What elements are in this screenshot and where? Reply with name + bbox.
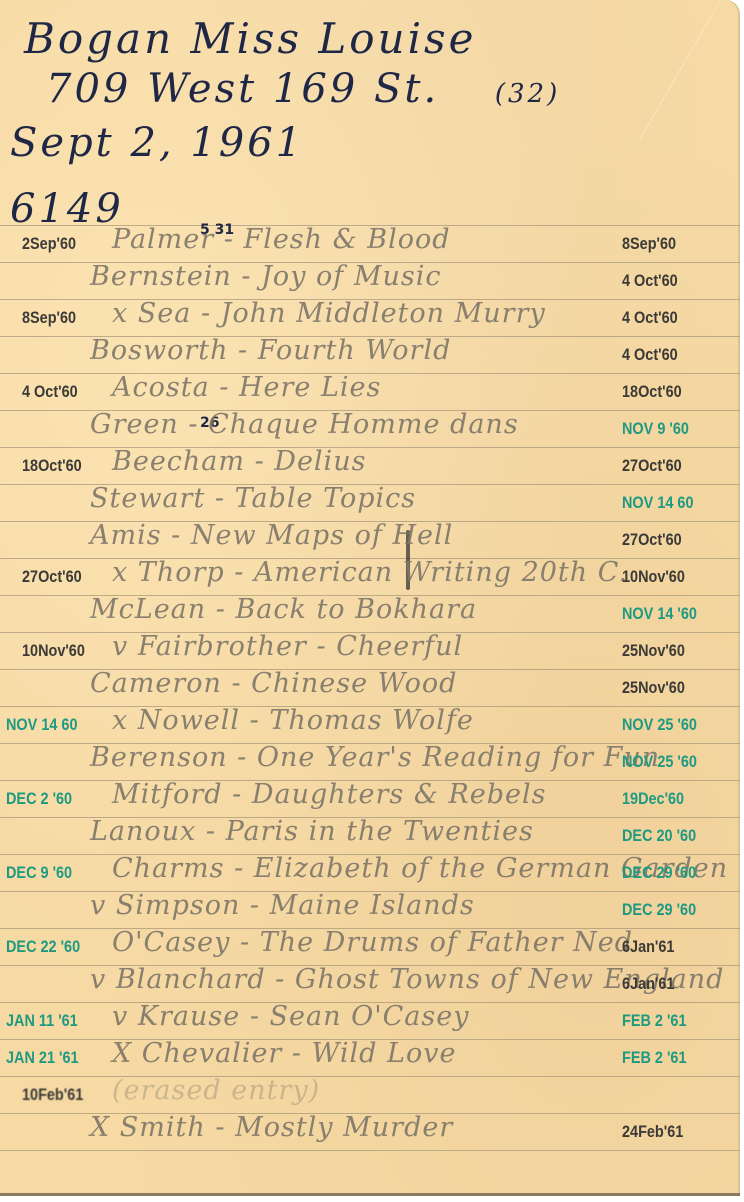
book-entry: Acosta - Here Lies bbox=[112, 372, 381, 403]
ruled-line bbox=[0, 447, 740, 448]
card-date: Sept 2, 1961 bbox=[10, 120, 304, 166]
book-entry: Beecham - Delius bbox=[112, 446, 366, 477]
book-entry: v Simpson - Maine Islands bbox=[90, 890, 475, 921]
postal-zone: (32) bbox=[495, 79, 560, 109]
date-out-stamp: 2Sep'60 bbox=[22, 234, 76, 254]
book-entry: Palmer - Flesh & Blood bbox=[112, 224, 451, 255]
date-due-stamp: 10Nov'60 bbox=[622, 567, 685, 587]
date-due-stamp: 4 Oct'60 bbox=[622, 308, 678, 328]
book-entry: O'Casey - The Drums of Father Ned bbox=[112, 927, 633, 958]
date-due-stamp: NOV 25 '60 bbox=[622, 752, 697, 772]
book-entry: McLean - Back to Bokhara bbox=[90, 594, 477, 625]
date-out-stamp: DEC 22 '60 bbox=[6, 937, 80, 957]
date-out-stamp: 18Oct'60 bbox=[22, 456, 82, 476]
patron-address: 709 West 169 St. (32) bbox=[46, 66, 560, 112]
date-out-stamp: 27Oct'60 bbox=[22, 567, 82, 587]
library-card: Bogan Miss Louise 709 West 169 St. (32) … bbox=[0, 0, 740, 1196]
date-out-stamp: DEC 9 '60 bbox=[6, 863, 72, 883]
book-entry: x Sea - John Middleton Murry bbox=[112, 298, 546, 329]
book-entry: (erased entry) bbox=[112, 1075, 320, 1106]
date-due-stamp: 4 Oct'60 bbox=[622, 271, 678, 291]
book-entry: Berenson - One Year's Reading for Fun bbox=[90, 742, 660, 773]
date-due-stamp: 18Oct'60 bbox=[622, 382, 682, 402]
book-entry: x Thorp - American Writing 20th C. bbox=[112, 557, 628, 588]
book-entry: v Krause - Sean O'Casey bbox=[112, 1001, 469, 1032]
book-entry: Bosworth - Fourth World bbox=[90, 335, 451, 366]
book-entry: X Smith - Mostly Murder bbox=[90, 1112, 453, 1143]
date-due-stamp: DEC 20 '60 bbox=[622, 826, 696, 846]
date-due-stamp: 25Nov'60 bbox=[622, 678, 685, 698]
book-entry: Lanoux - Paris in the Twenties bbox=[90, 816, 534, 847]
date-due-stamp: NOV 14 '60 bbox=[622, 604, 697, 624]
date-due-stamp: 27Oct'60 bbox=[622, 456, 682, 476]
date-out-stamp: 10Nov'60 bbox=[22, 641, 85, 661]
book-entry: Stewart - Table Topics bbox=[90, 483, 416, 514]
date-due-stamp: 19Dec'60 bbox=[622, 789, 684, 809]
date-out-stamp: DEC 2 '60 bbox=[6, 789, 72, 809]
date-out-stamp: 4 Oct'60 bbox=[22, 382, 78, 402]
date-due-stamp: 8Sep'60 bbox=[622, 234, 676, 254]
date-due-stamp: FEB 2 '61 bbox=[622, 1048, 686, 1068]
book-entry: Bernstein - Joy of Music bbox=[90, 261, 442, 292]
date-due-stamp: NOV 14 60 bbox=[622, 493, 693, 513]
book-entry: x Nowell - Thomas Wolfe bbox=[112, 705, 474, 736]
date-due-stamp: NOV 9 '60 bbox=[622, 419, 689, 439]
book-entry: X Chevalier - Wild Love bbox=[112, 1038, 456, 1069]
date-due-stamp: 24Feb'61 bbox=[622, 1122, 683, 1142]
address-text: 709 West 169 St. bbox=[46, 66, 439, 112]
date-out-stamp: 10Feb'61 bbox=[22, 1085, 83, 1105]
card-number: 6149 bbox=[10, 186, 124, 232]
date-due-stamp: 6Jan'61 bbox=[622, 937, 674, 957]
date-out-stamp: JAN 11 '61 bbox=[6, 1011, 78, 1031]
date-due-stamp: 27Oct'60 bbox=[622, 530, 682, 550]
date-due-stamp: 6Jan'61 bbox=[622, 974, 674, 994]
book-entry: v Fairbrother - Cheerful bbox=[112, 631, 463, 662]
date-due-stamp: DEC 29 '60 bbox=[622, 863, 696, 883]
book-entry: Cameron - Chinese Wood bbox=[90, 668, 457, 699]
date-out-stamp: 8Sep'60 bbox=[22, 308, 76, 328]
date-due-stamp: 4 Oct'60 bbox=[622, 345, 678, 365]
date-due-stamp: NOV 25 '60 bbox=[622, 715, 697, 735]
book-entry: Mitford - Daughters & Rebels bbox=[112, 779, 547, 810]
patron-name: Bogan Miss Louise bbox=[24, 14, 476, 63]
date-due-stamp: FEB 2 '61 bbox=[622, 1011, 686, 1031]
date-out-stamp: JAN 21 '61 bbox=[6, 1048, 79, 1068]
book-entry: Green - Chaque Homme dans bbox=[90, 409, 519, 440]
date-out-stamp: NOV 14 60 bbox=[6, 715, 77, 735]
date-due-stamp: DEC 29 '60 bbox=[622, 900, 696, 920]
ruled-line bbox=[0, 1150, 740, 1151]
ruled-line bbox=[0, 1076, 740, 1077]
date-due-stamp: 25Nov'60 bbox=[622, 641, 685, 661]
book-entry: Amis - New Maps of Hell bbox=[90, 520, 453, 551]
